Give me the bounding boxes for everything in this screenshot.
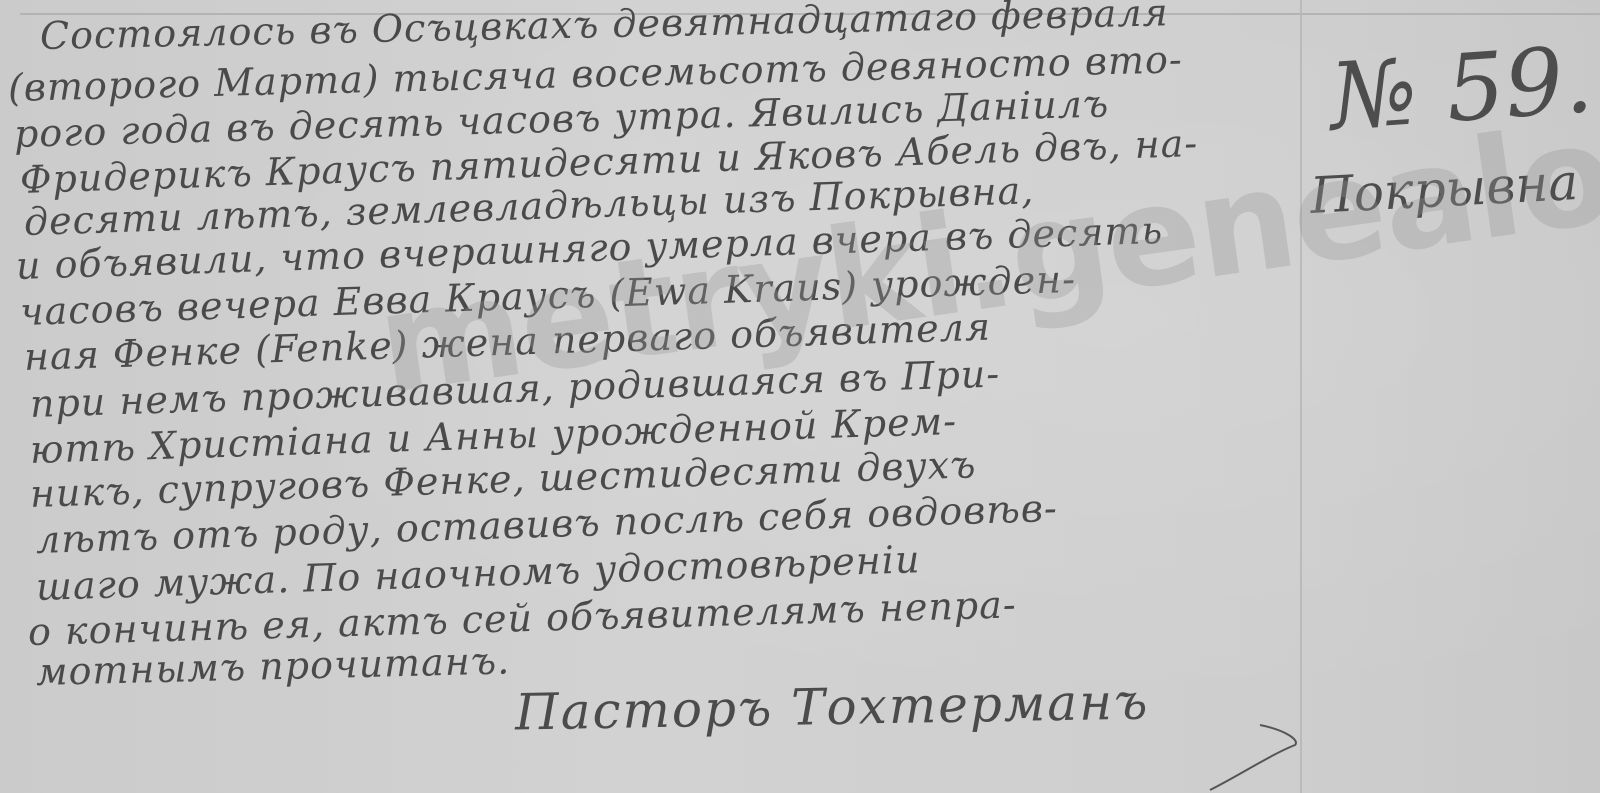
signature-flourish-icon xyxy=(1200,720,1310,793)
pastor-signature: Пасторъ Тохтерманъ xyxy=(515,672,1150,741)
entry-number: № 59. xyxy=(1327,26,1596,151)
village-name: Покрывна xyxy=(1309,153,1580,225)
scanned-page: Состоялось въ Осъцвкахъ девятнадцатаго ф… xyxy=(0,0,1600,793)
margin-annotation: № 59. Покрывна xyxy=(1290,20,1600,240)
